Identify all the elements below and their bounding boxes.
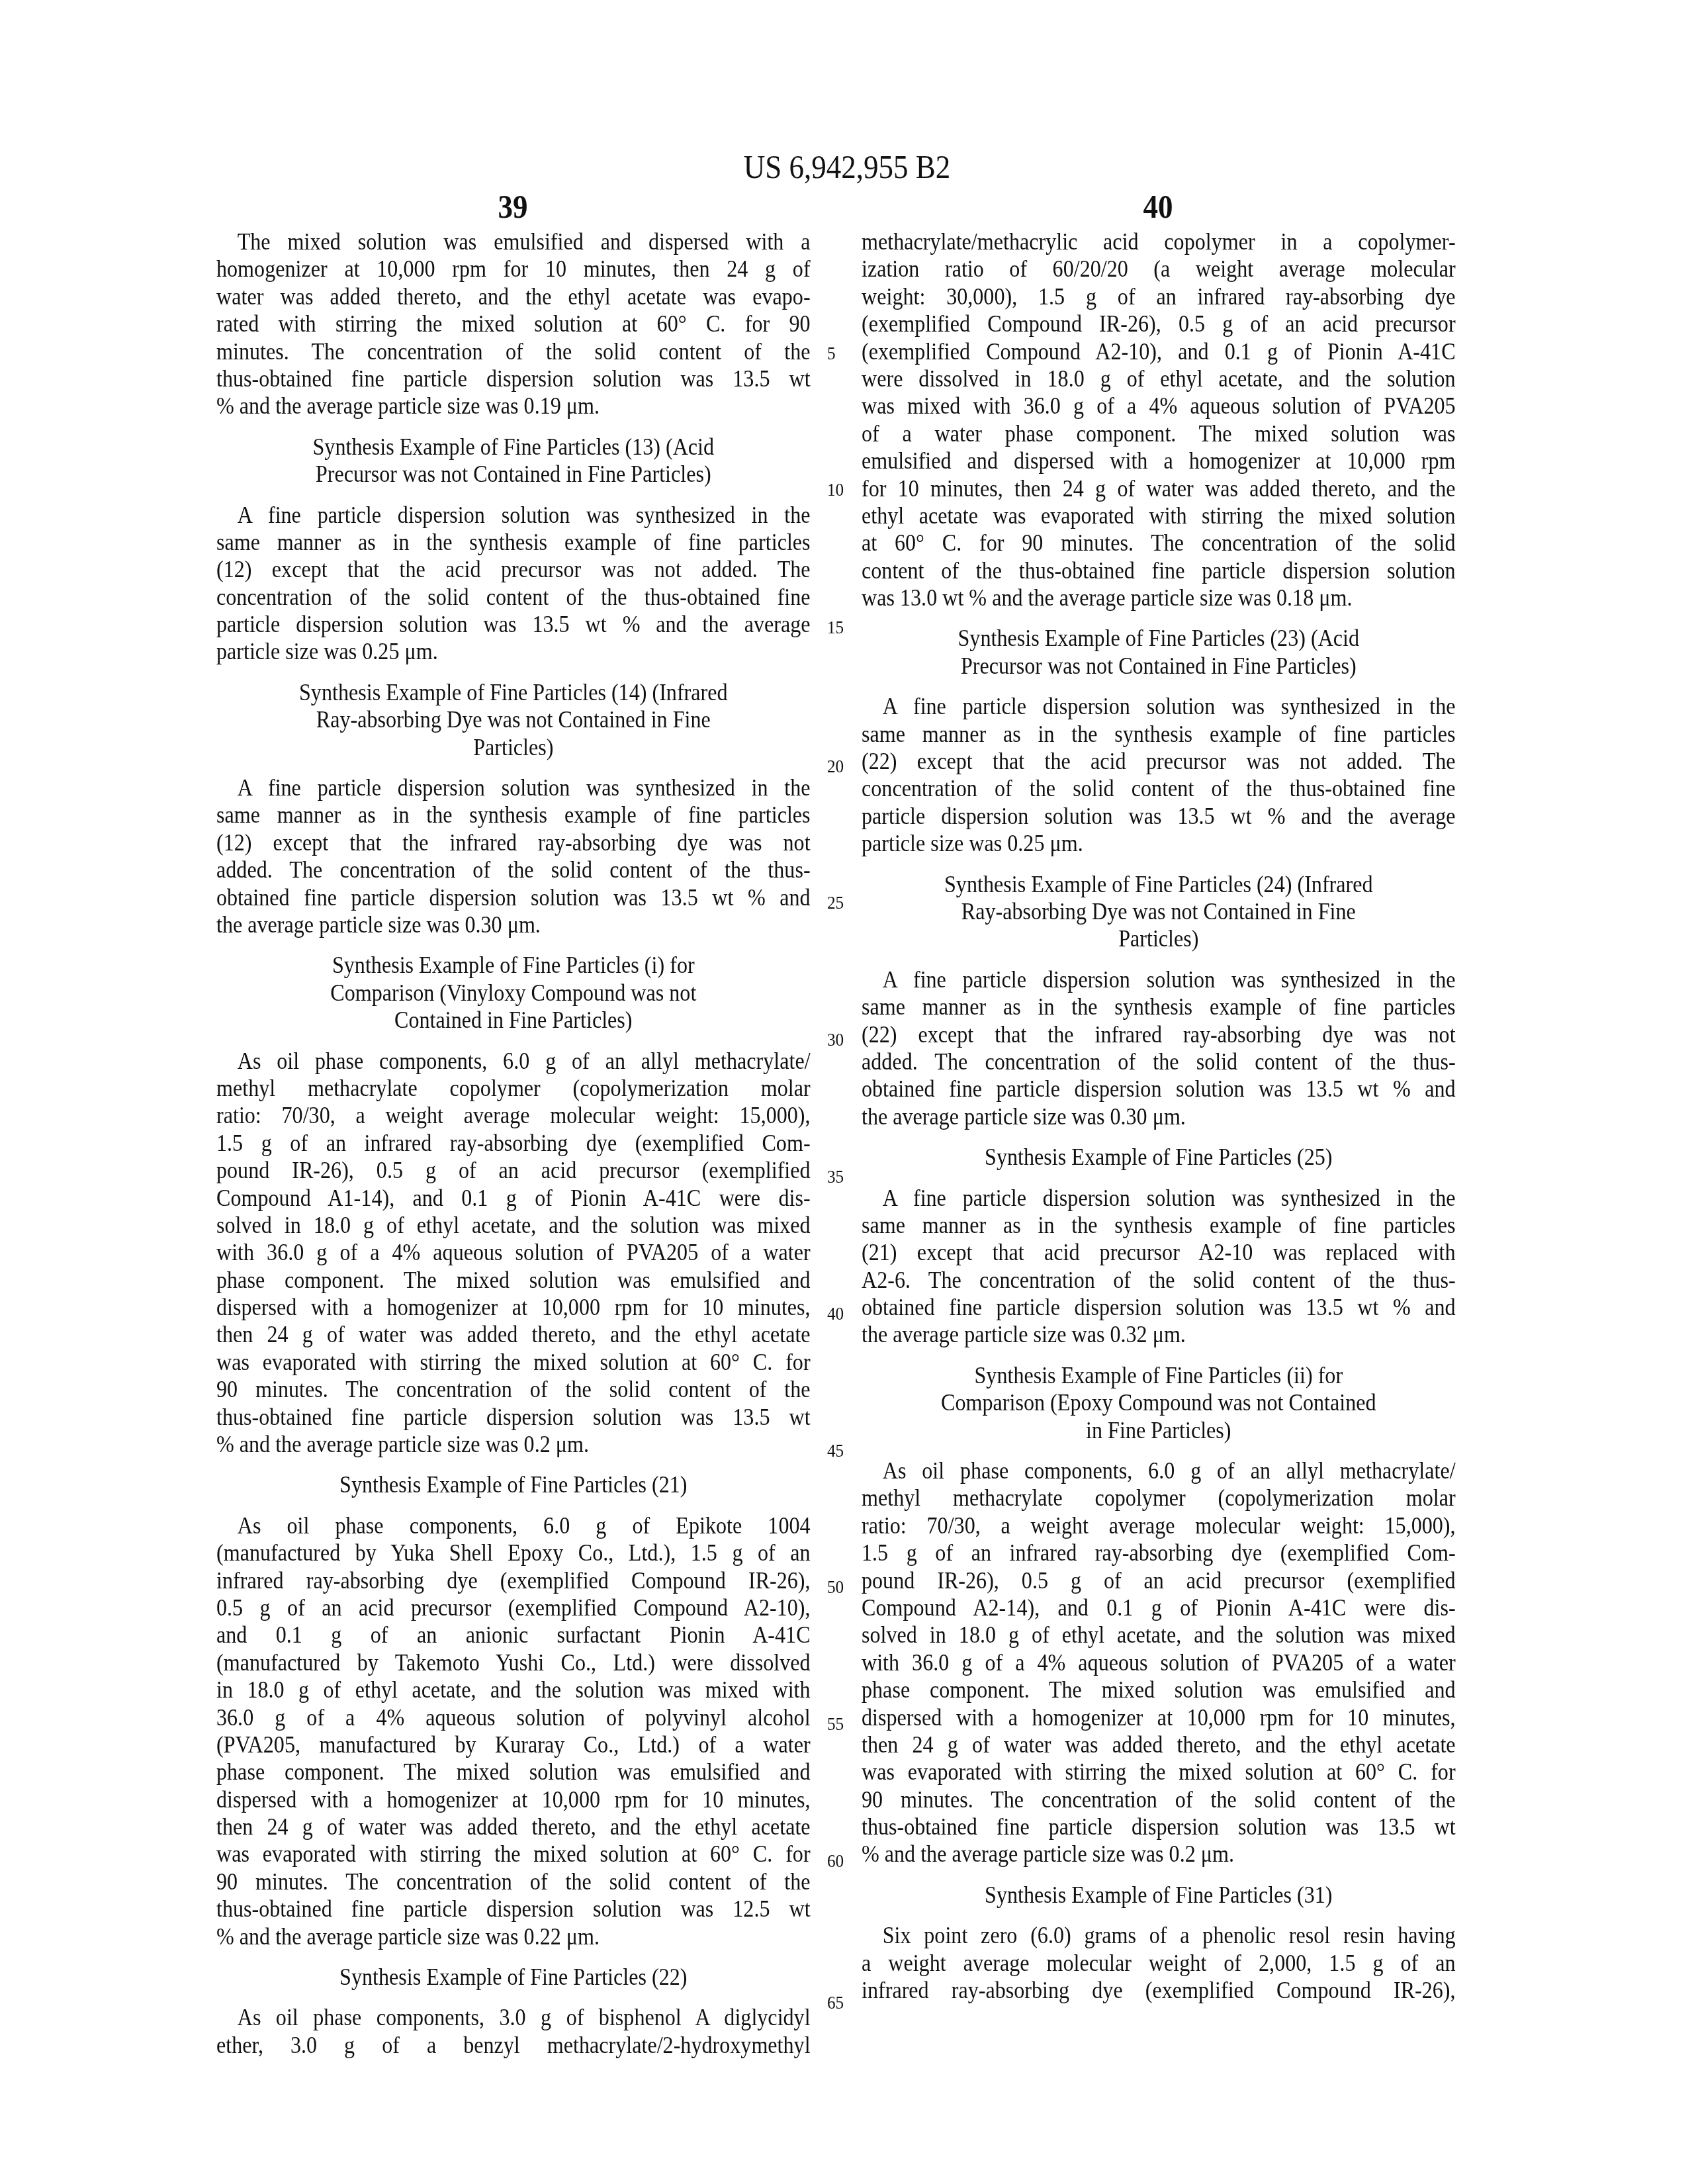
text-line: water was added thereto, and the ethyl a… [216,283,811,310]
text-line: particle size was 0.25 μm. [216,637,811,664]
line-number: 55 [827,1715,844,1735]
block-spacer [216,488,811,501]
text-line: As oil phase components, 6.0 g of an all… [216,1047,811,1074]
paragraph: As oil phase components, 3.0 g of bisphe… [216,2003,811,2058]
text-line: (12) except that the acid precursor was … [216,555,811,582]
text-line: for 10 minutes, then 24 g of water was a… [862,475,1456,502]
left-column: The mixed solution was emulsified and di… [216,228,811,2058]
text-line: particle size was 0.25 μm. [862,829,1456,856]
right-column: methacrylate/methacrylic acid copolymer … [862,228,1456,2003]
block-spacer [862,857,1456,870]
text-line: weight: 30,000), 1.5 g of an infrared ra… [862,283,1456,310]
text-line: % and the average particle size was 0.2 … [216,1430,811,1457]
text-line: same manner as in the synthesis example … [216,528,811,555]
text-line: with 36.0 g of a 4% aqueous solution of … [862,1649,1456,1676]
text-line: The mixed solution was emulsified and di… [216,228,811,255]
text-line: 36.0 g of a 4% aqueous solution of polyv… [216,1704,811,1731]
text-line: As oil phase components, 6.0 g of Epikot… [216,1512,811,1539]
block-spacer [862,1868,1456,1881]
paragraph: A fine particle dispersion solution was … [862,966,1456,1130]
text-line: then 24 g of water was added thereto, an… [216,1813,811,1840]
line-number: 15 [827,618,844,638]
text-line: infrared ray-absorbing dye (exemplified … [216,1567,811,1594]
text-line: Compound A2-14), and 0.1 g of Pionin A-4… [862,1594,1456,1621]
heading-line: Comparison (Vinyloxy Compound was not [216,979,811,1006]
text-line: ether, 3.0 g of a benzyl methacrylate/2-… [216,2031,811,2058]
heading-line: Ray-absorbing Dye was not Contained in F… [862,897,1456,925]
text-line: added. The concentration of the solid co… [862,1048,1456,1075]
patent-number: US 6,942,955 B2 [85,147,1609,187]
text-line: dispersed with a homogenizer at 10,000 r… [862,1704,1456,1731]
text-line: methacrylate/methacrylic acid copolymer … [862,228,1456,255]
block-spacer [862,1171,1456,1184]
text-line: the average particle size was 0.30 μm. [862,1103,1456,1130]
text-line: same manner as in the synthesis example … [862,1211,1456,1238]
heading-line: Synthesis Example of Fine Particles (21) [216,1471,811,1498]
text-line: thus-obtained fine particle dispersion s… [216,1895,811,1922]
block-spacer [216,420,811,433]
text-line: was mixed with 36.0 g of a 4% aqueous so… [862,392,1456,419]
line-number: 40 [827,1304,844,1324]
text-line: pound IR-26), 0.5 g of an acid precursor… [862,1567,1456,1594]
text-line: solved in 18.0 g of ethyl acetate, and t… [862,1621,1456,1648]
text-line: obtained fine particle dispersion soluti… [862,1293,1456,1320]
section-heading: Synthesis Example of Fine Particles (14)… [216,678,811,760]
block-spacer [216,1498,811,1512]
heading-line: Synthesis Example of Fine Particles (13)… [216,433,811,460]
text-line: % and the average particle size was 0.22… [216,1923,811,1950]
text-line: rated with stirring the mixed solution a… [216,310,811,337]
text-line: and 0.1 g of an anionic surfactant Pioni… [216,1621,811,1648]
text-line: infrared ray-absorbing dye (exemplified … [862,1976,1456,2003]
text-line: a weight average molecular weight of 2,0… [862,1949,1456,1976]
text-line: (manufactured by Yuka Shell Epoxy Co., L… [216,1539,811,1566]
text-line: concentration of the solid content of th… [862,774,1456,801]
text-line: phase component. The mixed solution was … [216,1266,811,1293]
paragraph: As oil phase components, 6.0 g of an all… [216,1047,811,1458]
text-line: A fine particle dispersion solution was … [216,774,811,801]
heading-line: Synthesis Example of Fine Particles (i) … [216,951,811,978]
heading-line: Synthesis Example of Fine Particles (14)… [216,678,811,705]
block-spacer [216,760,811,774]
heading-line: Synthesis Example of Fine Particles (24)… [862,870,1456,897]
section-heading: Synthesis Example of Fine Particles (ii)… [862,1361,1456,1443]
text-line: Six point zero (6.0) grams of a phenolic… [862,1921,1456,1948]
block-spacer [216,938,811,951]
paragraph: As oil phase components, 6.0 g of an all… [862,1457,1456,1868]
paragraph: The mixed solution was emulsified and di… [216,228,811,420]
text-line: at 60° C. for 90 minutes. The concentrat… [862,529,1456,556]
block-spacer [862,1908,1456,1921]
text-line: (22) except that the infrared ray-absorb… [862,1021,1456,1048]
text-line: then 24 g of water was added thereto, an… [862,1731,1456,1758]
text-line: same manner as in the synthesis example … [862,993,1456,1020]
block-spacer [862,679,1456,692]
text-line: methyl methacrylate copolymer (copolymer… [216,1074,811,1101]
text-line: was evaporated with stirring the mixed s… [862,1758,1456,1785]
section-heading: Synthesis Example of Fine Particles (31) [862,1881,1456,1908]
heading-line: Particles) [862,925,1456,952]
text-line: A2-6. The concentration of the solid con… [862,1266,1456,1293]
text-line: with 36.0 g of a 4% aqueous solution of … [216,1238,811,1265]
heading-line: Synthesis Example of Fine Particles (22) [216,1963,811,1990]
line-number: 35 [827,1167,844,1187]
heading-line: in Fine Particles) [862,1416,1456,1443]
text-line: pound IR-26), 0.5 g of an acid precursor… [216,1156,811,1183]
line-number: 25 [827,893,844,913]
text-line: dispersed with a homogenizer at 10,000 r… [216,1293,811,1320]
heading-line: Synthesis Example of Fine Particles (23)… [862,624,1456,651]
paragraph: Six point zero (6.0) grams of a phenolic… [862,1921,1456,2003]
text-line: A fine particle dispersion solution was … [216,501,811,528]
text-line: then 24 g of water was added thereto, an… [216,1320,811,1347]
section-heading: Synthesis Example of Fine Particles (22) [216,1963,811,1990]
text-line: (exemplified Compound A2-10), and 0.1 g … [862,338,1456,365]
text-line: (exemplified Compound IR-26), 0.5 g of a… [862,310,1456,337]
text-line: the average particle size was 0.32 μm. [862,1320,1456,1347]
text-line: % and the average particle size was 0.2 … [862,1840,1456,1867]
heading-line: Synthesis Example of Fine Particles (31) [862,1881,1456,1908]
text-line: same manner as in the synthesis example … [216,801,811,828]
line-number: 60 [827,1852,844,1872]
text-line: thus-obtained fine particle dispersion s… [216,1403,811,1430]
text-line: was evaporated with stirring the mixed s… [216,1840,811,1867]
section-heading: Synthesis Example of Fine Particles (24)… [862,870,1456,952]
text-line: were dissolved in 18.0 g of ethyl acetat… [862,365,1456,392]
text-line: (21) except that acid precursor A2-10 wa… [862,1238,1456,1265]
text-line: ratio: 70/30, a weight average molecular… [862,1512,1456,1539]
text-line: was 13.0 wt % and the average particle s… [862,584,1456,611]
text-line: particle dispersion solution was 13.5 wt… [216,610,811,637]
text-line: thus-obtained fine particle dispersion s… [216,365,811,392]
heading-line: Synthesis Example of Fine Particles (25) [862,1143,1456,1170]
text-line: 1.5 g of an infrared ray-absorbing dye (… [862,1539,1456,1566]
heading-line: Precursor was not Contained in Fine Part… [216,460,811,487]
text-line: ratio: 70/30, a weight average molecular… [216,1101,811,1128]
text-line: A fine particle dispersion solution was … [862,1184,1456,1211]
paragraph: A fine particle dispersion solution was … [862,1184,1456,1348]
text-line: same manner as in the synthesis example … [862,720,1456,747]
text-line: added. The concentration of the solid co… [216,856,811,883]
heading-line: Contained in Fine Particles) [216,1006,811,1033]
text-line: (22) except that the acid precursor was … [862,747,1456,774]
text-line: Compound A1-14), and 0.1 g of Pionin A-4… [216,1184,811,1211]
text-line: was evaporated with stirring the mixed s… [216,1348,811,1375]
text-line: A fine particle dispersion solution was … [862,692,1456,719]
block-spacer [862,1130,1456,1143]
heading-line: Synthesis Example of Fine Particles (ii)… [862,1361,1456,1388]
heading-line: Comparison (Epoxy Compound was not Conta… [862,1388,1456,1416]
text-line: phase component. The mixed solution was … [862,1676,1456,1703]
heading-line: Ray-absorbing Dye was not Contained in F… [216,705,811,733]
text-line: 0.5 g of an acid precursor (exemplified … [216,1594,811,1621]
block-spacer [862,611,1456,624]
text-line: of a water phase component. The mixed so… [862,420,1456,447]
paragraph: methacrylate/methacrylic acid copolymer … [862,228,1456,611]
heading-line: Particles) [216,733,811,760]
text-line: (12) except that the infrared ray-absorb… [216,829,811,856]
text-line: (manufactured by Takemoto Yushi Co., Ltd… [216,1649,811,1676]
text-line: solved in 18.0 g of ethyl acetate, and t… [216,1211,811,1238]
block-spacer [216,1034,811,1047]
text-line: obtained fine particle dispersion soluti… [862,1075,1456,1102]
text-line: 90 minutes. The concentration of the sol… [216,1868,811,1895]
section-heading: Synthesis Example of Fine Particles (21) [216,1471,811,1498]
text-line: As oil phase components, 3.0 g of bisphe… [216,2003,811,2030]
section-heading: Synthesis Example of Fine Particles (25) [862,1143,1456,1170]
block-spacer [862,1348,1456,1361]
heading-line: Precursor was not Contained in Fine Part… [862,652,1456,679]
line-number: 45 [827,1441,844,1461]
page-number-left: 39 [423,188,602,225]
line-number: 20 [827,757,844,777]
text-line: ethyl acetate was evaporated with stirri… [862,502,1456,529]
text-line: concentration of the solid content of th… [216,583,811,610]
line-number: 30 [827,1030,844,1050]
text-line: 90 minutes. The concentration of the sol… [216,1375,811,1402]
text-line: obtained fine particle dispersion soluti… [216,884,811,911]
block-spacer [862,952,1456,966]
text-line: 90 minutes. The concentration of the sol… [862,1786,1456,1813]
block-spacer [216,1457,811,1471]
section-heading: Synthesis Example of Fine Particles (i) … [216,951,811,1033]
text-line: (PVA205, manufactured by Kuraray Co., Lt… [216,1731,811,1758]
text-line: thus-obtained fine particle dispersion s… [862,1813,1456,1840]
block-spacer [216,1990,811,2003]
paragraph: A fine particle dispersion solution was … [216,501,811,665]
text-line: ization ratio of 60/20/20 (a weight aver… [862,255,1456,282]
text-line: phase component. The mixed solution was … [216,1758,811,1785]
block-spacer [216,1950,811,1963]
section-heading: Synthesis Example of Fine Particles (23)… [862,624,1456,679]
text-line: in 18.0 g of ethyl acetate, and the solu… [216,1676,811,1703]
text-line: minutes. The concentration of the solid … [216,338,811,365]
line-number: 10 [827,480,844,500]
line-number: 5 [827,344,836,364]
text-line: methyl methacrylate copolymer (copolymer… [862,1484,1456,1511]
text-line: emulsified and dispersed with a homogeni… [862,447,1456,474]
text-line: content of the thus-obtained fine partic… [862,557,1456,584]
text-line: As oil phase components, 6.0 g of an all… [862,1457,1456,1484]
block-spacer [862,1443,1456,1457]
paragraph: As oil phase components, 6.0 g of Epikot… [216,1512,811,1950]
text-line: particle dispersion solution was 13.5 wt… [862,802,1456,829]
text-line: dispersed with a homogenizer at 10,000 r… [216,1786,811,1813]
line-number: 65 [827,1993,844,2013]
text-line: 1.5 g of an infrared ray-absorbing dye (… [216,1129,811,1156]
page-number-right: 40 [1069,188,1247,225]
paragraph: A fine particle dispersion solution was … [216,774,811,938]
text-line: the average particle size was 0.30 μm. [216,911,811,938]
block-spacer [216,665,811,678]
text-line: A fine particle dispersion solution was … [862,966,1456,993]
section-heading: Synthesis Example of Fine Particles (13)… [216,433,811,488]
text-line: homogenizer at 10,000 rpm for 10 minutes… [216,255,811,282]
line-number: 50 [827,1578,844,1598]
text-line: % and the average particle size was 0.19… [216,392,811,419]
paragraph: A fine particle dispersion solution was … [862,692,1456,856]
